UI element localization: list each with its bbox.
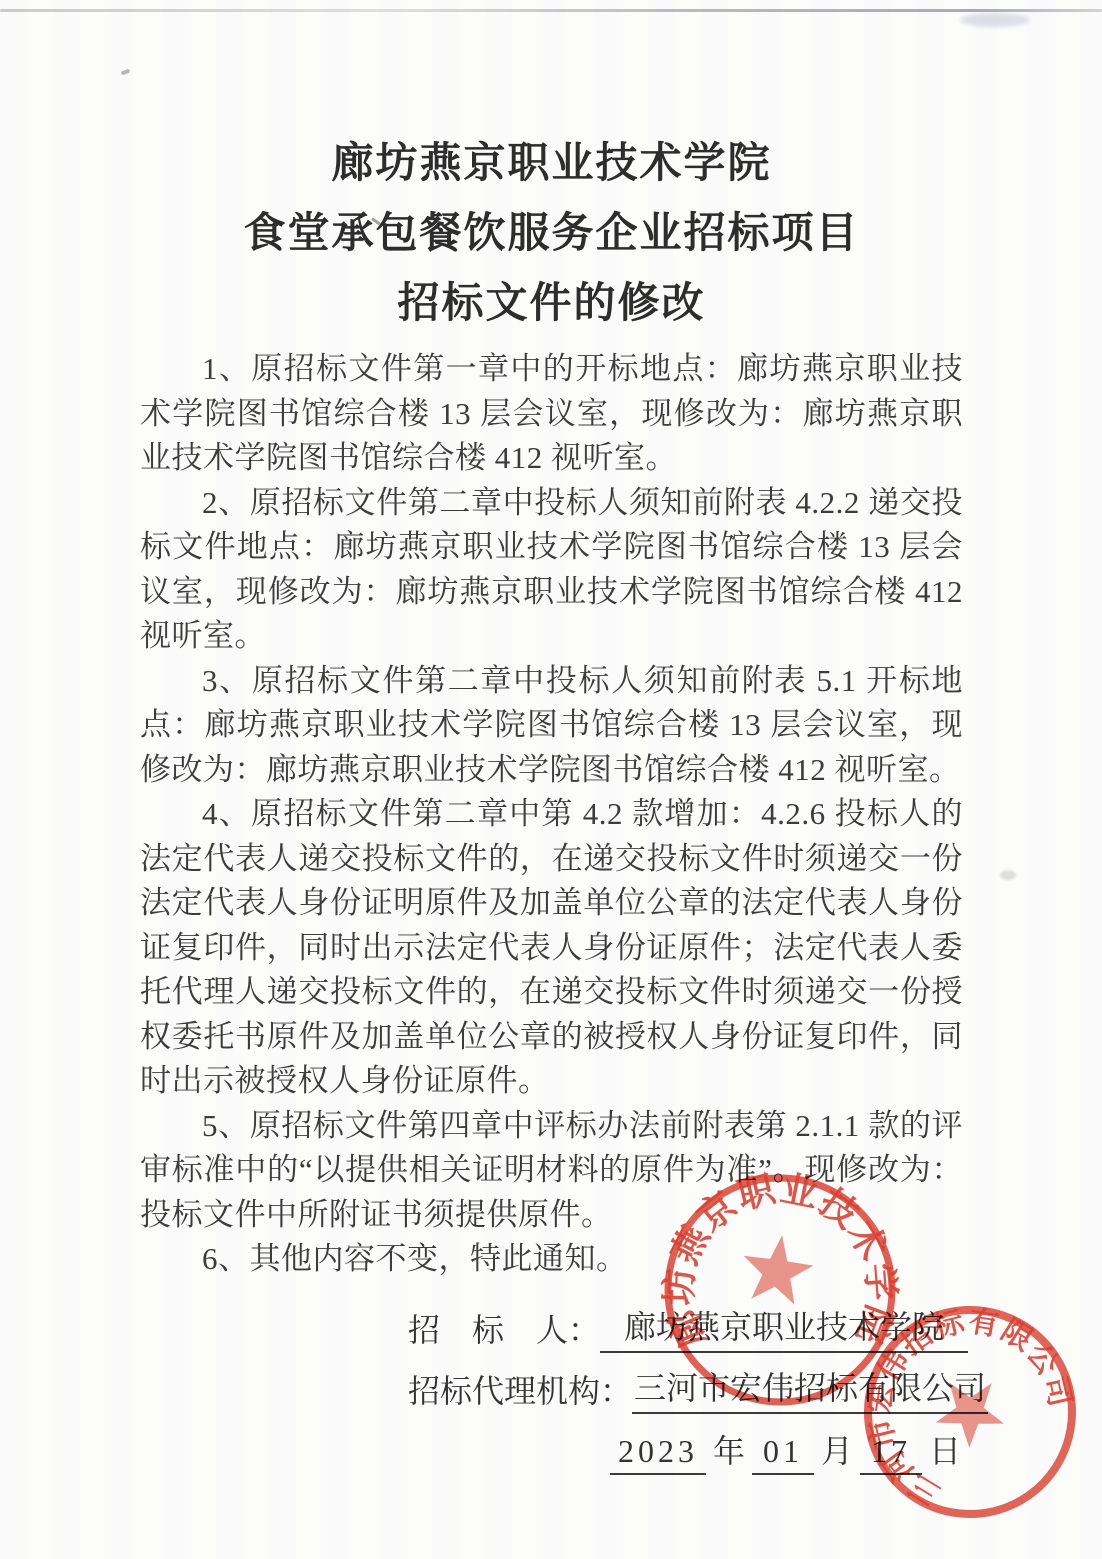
title-line-2: 食堂承包餐饮服务企业招标项目 (140, 198, 963, 268)
date-year-unit: 年 (713, 1426, 745, 1475)
paragraph-2: 2、原招标文件第二章中投标人须知前附表 4.2.2 递交投标文件地点：廊坊燕京职… (140, 481, 963, 659)
paragraph-4: 4、原招标文件第二章中第 4.2 款增加：4.2.6 投标人的法定代表人递交投标… (140, 792, 963, 1104)
paragraph-1: 1、原招标文件第一章中的开标地点：廊坊燕京职业技术学院图书馆综合楼 13 层会议… (140, 347, 963, 481)
star-icon (921, 1363, 1014, 1456)
scan-artifact-speck (1000, 870, 1016, 880)
scan-artifact-smudge (960, 13, 1030, 27)
bidder-label: 招 标 人： (408, 1305, 600, 1353)
document-page: 廊坊燕京职业技术学院 食堂承包餐饮服务企业招标项目 招标文件的修改 1、原招标文… (0, 0, 1102, 1559)
scan-artifact-speck (121, 69, 131, 76)
paragraph-3: 3、原招标文件第二章中投标人须知前附表 5.1 开标地点：廊坊燕京职业技术学院图… (140, 659, 963, 793)
date-month: 01 (752, 1433, 814, 1475)
document-body: 1、原招标文件第一章中的开标地点：廊坊燕京职业技术学院图书馆综合楼 13 层会议… (140, 347, 963, 1282)
document-content: 廊坊燕京职业技术学院 食堂承包餐饮服务企业招标项目 招标文件的修改 1、原招标文… (140, 0, 963, 1282)
title-line-1: 廊坊燕京职业技术学院 (140, 128, 963, 198)
date-year: 2023 (610, 1433, 706, 1475)
title-line-3: 招标文件的修改 (140, 268, 963, 338)
star-icon (738, 1230, 817, 1306)
agency-label: 招标代理机构： (408, 1366, 632, 1414)
date-month-unit: 月 (821, 1426, 853, 1475)
document-title: 廊坊燕京职业技术学院 食堂承包餐饮服务企业招标项目 招标文件的修改 (140, 128, 963, 338)
agency-official-seal: 三河市宏伟招标有限公司 (858, 1300, 1082, 1524)
